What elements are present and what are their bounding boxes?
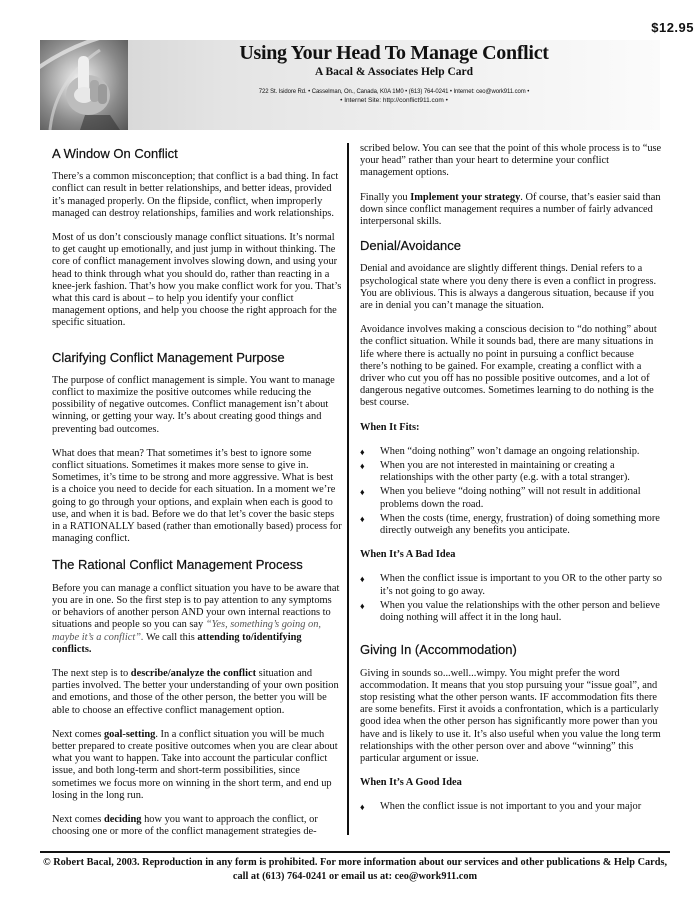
list-item-text: When you are not interested in maintaini… — [380, 460, 630, 483]
list-item: ♦When you are not interested in maintain… — [360, 460, 662, 484]
footer-divider — [40, 851, 670, 853]
hand-pointing-photo — [40, 40, 128, 130]
section-clarifying-purpose: Clarifying Conflict Management Purpose T… — [52, 352, 342, 546]
page-subtitle: A Bacal & Associates Help Card — [128, 66, 660, 78]
subheading-when-it-fits: When It Fits: — [360, 422, 662, 434]
list-item-text: When the conflict issue is not important… — [380, 801, 641, 812]
header-banner: Using Your Head To Manage Conflict A Bac… — [40, 40, 660, 130]
section-heading: The Rational Conflict Management Process — [52, 559, 342, 571]
paragraph: The next step is to describe/analyze the… — [52, 668, 342, 717]
right-column: scribed below. You can see that the poin… — [360, 143, 662, 826]
list-item-text: When the costs (time, energy, frustratio… — [380, 513, 660, 536]
bold-term: describe/analyze the conflict — [131, 668, 256, 679]
bold-term: goal-setting — [104, 729, 155, 740]
hand-pointing-icon — [40, 40, 128, 130]
list-item: ♦When the conflict issue is not importan… — [360, 801, 662, 813]
header-text-block: Using Your Head To Manage Conflict A Bac… — [128, 40, 660, 104]
paragraph: Before you can manage a conflict situati… — [52, 583, 342, 656]
diamond-bullet-icon: ♦ — [360, 801, 365, 813]
page-title: Using Your Head To Manage Conflict — [128, 42, 660, 65]
section-heading: Giving In (Accommodation) — [360, 644, 662, 656]
paragraph: Most of us don’t consciously manage conf… — [52, 232, 342, 330]
section-giving-in: Giving In (Accommodation) Giving in soun… — [360, 644, 662, 813]
section-denial-avoidance: Denial/Avoidance Denial and avoidance ar… — [360, 240, 662, 624]
subheading-bad-idea: When It’s A Bad Idea — [360, 549, 662, 561]
paragraph: Next comes goal-setting. In a conflict s… — [52, 729, 342, 802]
paragraph: scribed below. You can see that the poin… — [360, 143, 662, 180]
price-label: $12.95 — [651, 20, 694, 35]
paragraph: The purpose of conflict management is si… — [52, 375, 342, 436]
list-item: ♦When you believe “doing nothing” will n… — [360, 486, 662, 510]
list-item: ♦When “doing nothing” won’t damage an on… — [360, 446, 662, 458]
list-item-text: When you believe “doing nothing” will no… — [380, 486, 641, 509]
paragraph: Next comes deciding how you want to appr… — [52, 814, 342, 838]
section-heading: Denial/Avoidance — [360, 240, 662, 252]
paragraph: Denial and avoidance are slightly differ… — [360, 263, 662, 312]
bold-term: deciding — [104, 814, 142, 825]
list-item: ♦When the conflict issue is important to… — [360, 573, 662, 597]
text: Finally you — [360, 192, 410, 203]
diamond-bullet-icon: ♦ — [360, 486, 365, 498]
contact-address: 722 St. Isidore Rd. • Casselman, On., Ca… — [149, 88, 638, 95]
contact-website: • Internet Site: http://conflict911.com … — [128, 97, 660, 104]
list-item-text: When “doing nothing” won’t damage an ong… — [380, 446, 640, 457]
list-item-text: When the conflict issue is important to … — [380, 573, 662, 596]
subheading-good-idea: When It’s A Good Idea — [360, 777, 662, 789]
section-rational-process: The Rational Conflict Management Process… — [52, 559, 342, 838]
list-item: ♦When you value the relationships with t… — [360, 600, 662, 624]
footer-copyright: © Robert Bacal, 2003. Reproduction in an… — [40, 856, 670, 884]
diamond-bullet-icon: ♦ — [360, 460, 365, 472]
section-window-on-conflict: A Window On Conflict There’s a common mi… — [52, 148, 342, 330]
bullet-list-good: ♦When the conflict issue is not importan… — [360, 801, 662, 813]
section-heading: Clarifying Conflict Management Purpose — [52, 352, 342, 364]
paragraph: There’s a common misconception; that con… — [52, 171, 342, 220]
paragraph: Finally you Implement your strategy. Of … — [360, 192, 662, 229]
text: Next comes — [52, 729, 104, 740]
text: Next comes — [52, 814, 104, 825]
diamond-bullet-icon: ♦ — [360, 573, 365, 585]
column-divider — [347, 143, 349, 835]
list-item-text: When you value the relationships with th… — [380, 600, 660, 623]
text: We call this — [144, 632, 198, 643]
bullet-list-fits: ♦When “doing nothing” won’t damage an on… — [360, 446, 662, 537]
left-column: A Window On Conflict There’s a common mi… — [52, 148, 342, 850]
section-heading: A Window On Conflict — [52, 148, 342, 160]
diamond-bullet-icon: ♦ — [360, 513, 365, 525]
diamond-bullet-icon: ♦ — [360, 600, 365, 612]
diamond-bullet-icon: ♦ — [360, 446, 365, 458]
bold-term: Implement your strategy — [410, 192, 520, 203]
paragraph: Avoidance involves making a conscious de… — [360, 324, 662, 409]
bullet-list-bad: ♦When the conflict issue is important to… — [360, 573, 662, 624]
list-item: ♦When the costs (time, energy, frustrati… — [360, 513, 662, 537]
paragraph: Giving in sounds so...well...wimpy. You … — [360, 668, 662, 766]
paragraph: What does that mean? That sometimes it’s… — [52, 448, 342, 546]
text: The next step is to — [52, 668, 131, 679]
